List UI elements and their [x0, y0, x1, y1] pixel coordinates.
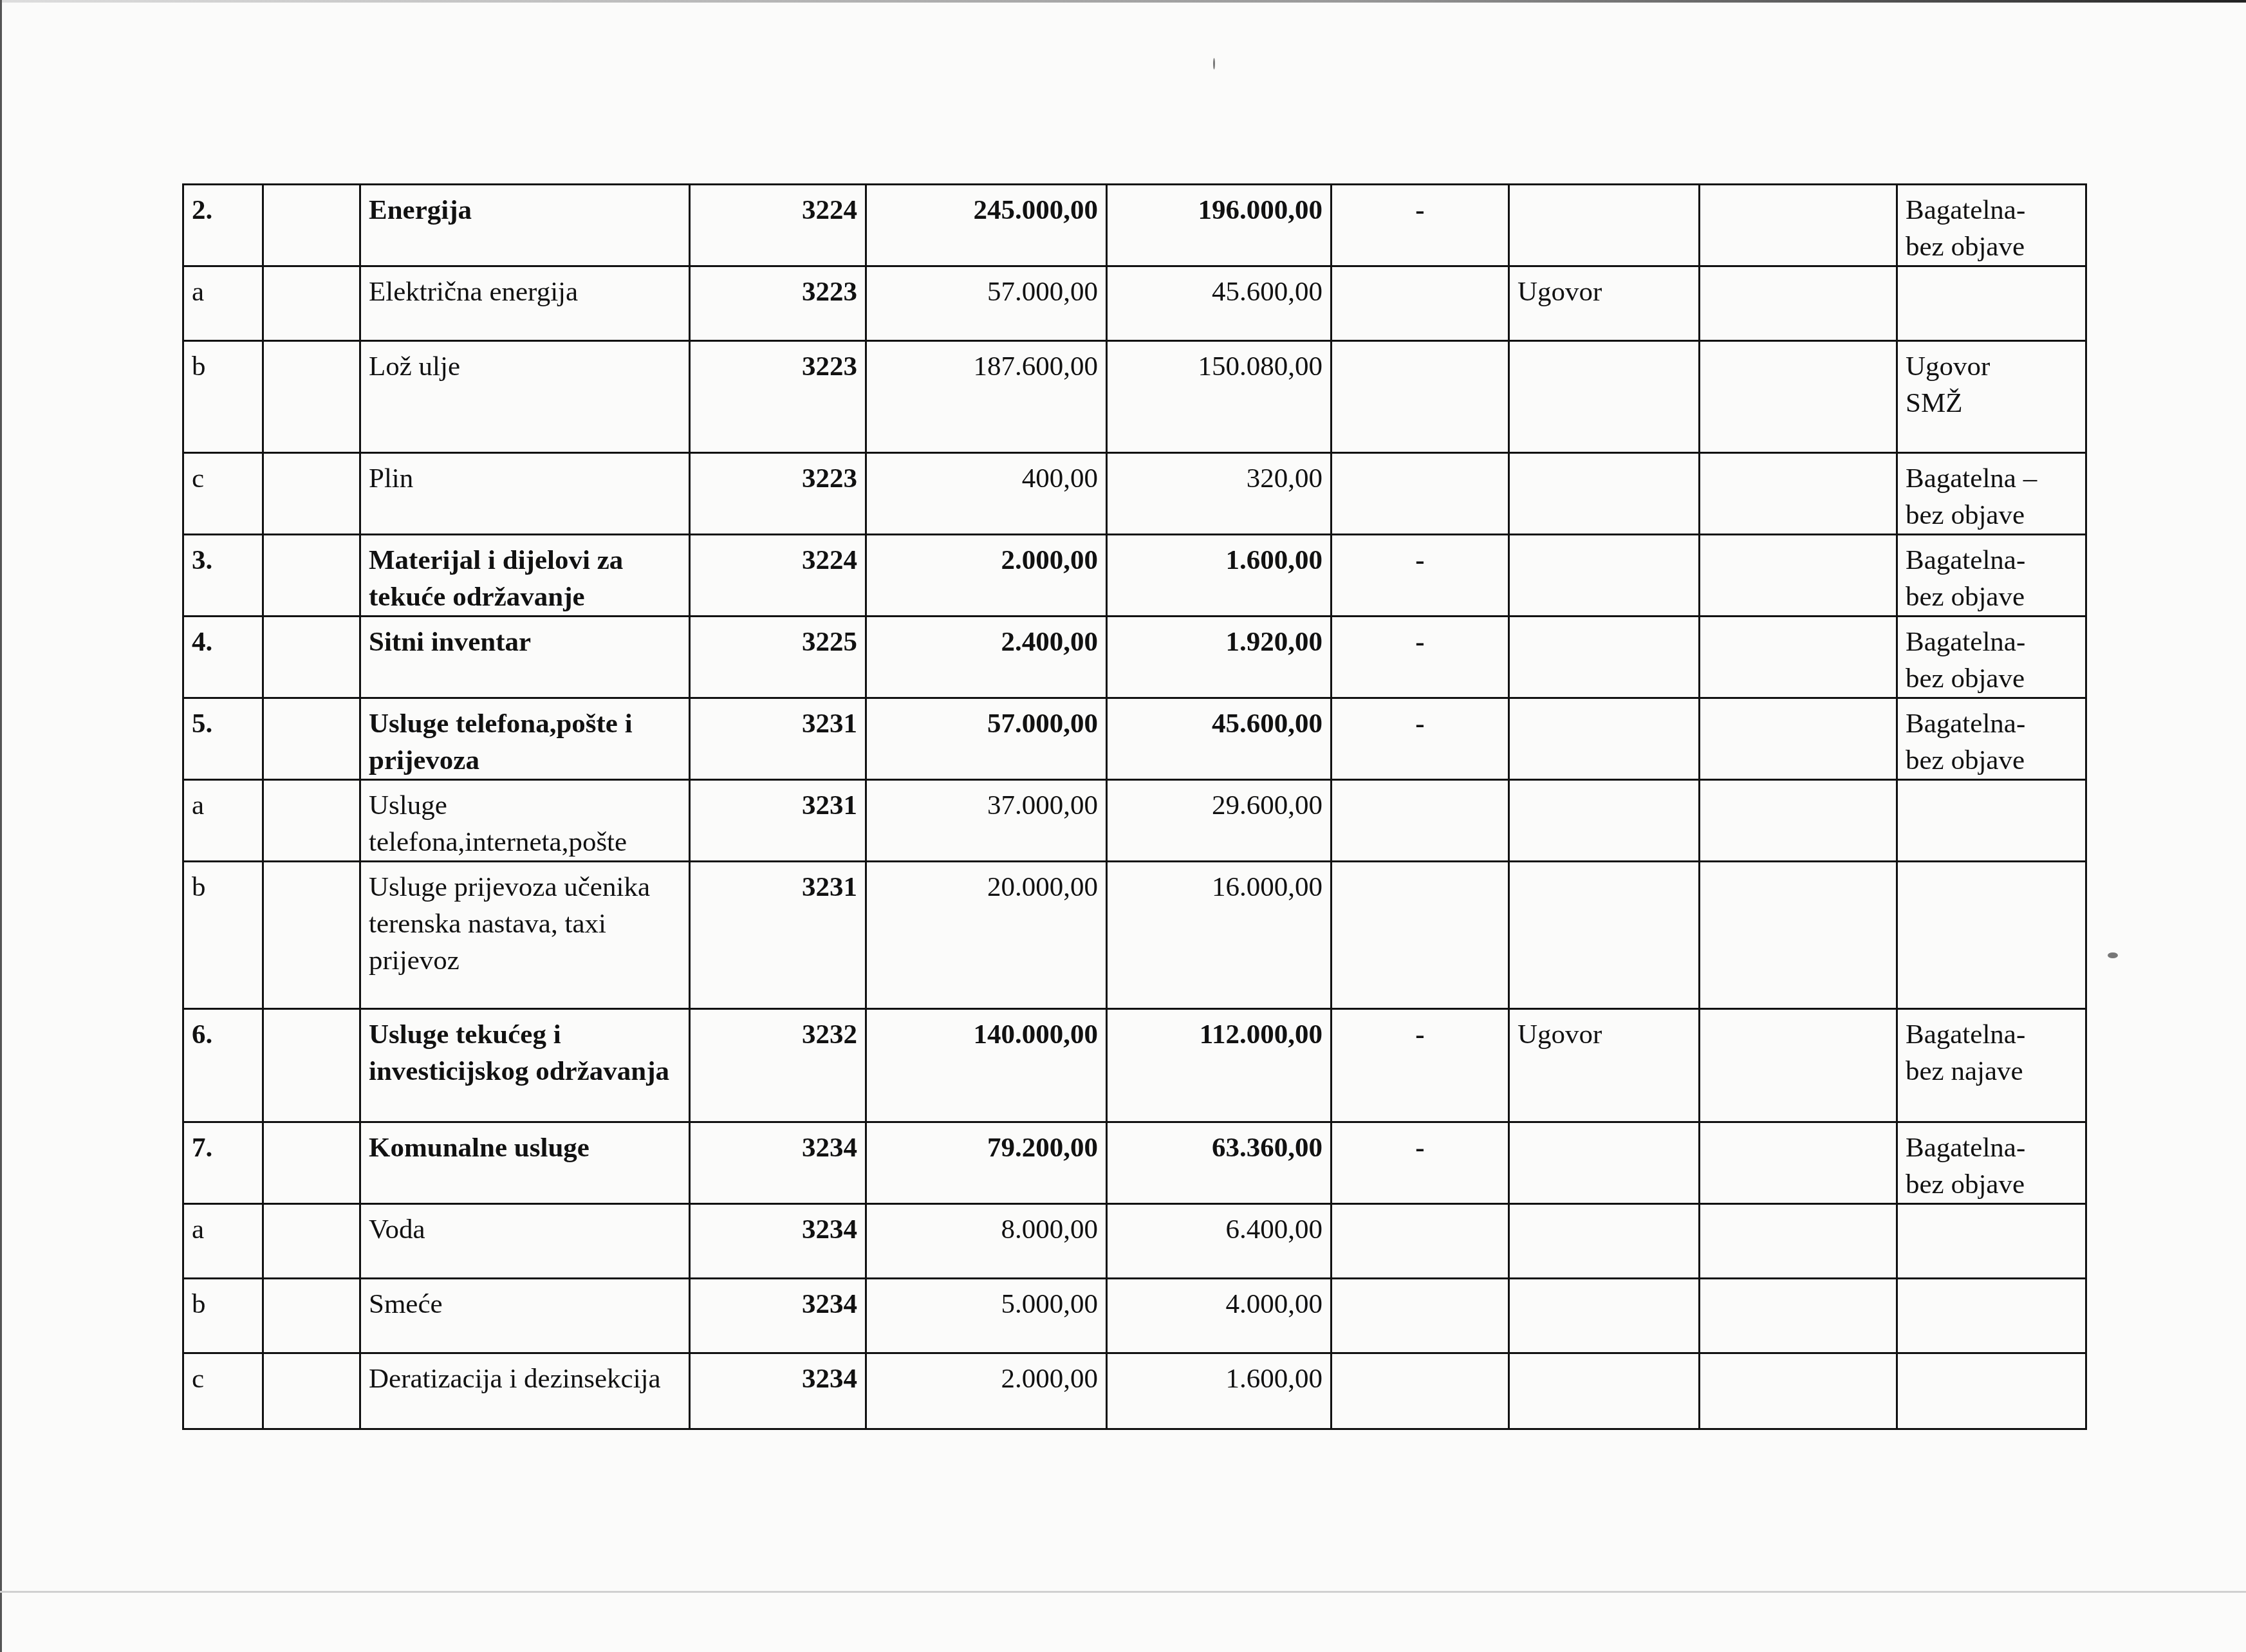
contract-type: Ugovor: [1509, 1009, 1700, 1122]
table-row: cPlin3223400,00320,00Bagatelna –bez obja…: [183, 453, 2086, 535]
planned-start: [1700, 1279, 1897, 1353]
row-number: a: [183, 780, 263, 862]
account-code: 3234: [690, 1204, 866, 1279]
scan-speck: [1213, 58, 1215, 70]
amount-without-vat: 1.600,00: [1107, 535, 1332, 617]
amount-without-vat: 63.360,00: [1107, 1122, 1332, 1204]
item-name: Električna energija: [360, 266, 690, 341]
amount-with-vat: 57.000,00: [866, 266, 1107, 341]
procedure-type: [1332, 1353, 1509, 1429]
procedure-type: [1332, 1279, 1509, 1353]
row-number: 5.: [183, 698, 263, 780]
row-number: 4.: [183, 617, 263, 698]
table-row: cDeratizacija i dezinsekcija32342.000,00…: [183, 1353, 2086, 1429]
item-name: Usluge tekućeg i investicijskog održavan…: [360, 1009, 690, 1122]
planned-start: [1700, 1009, 1897, 1122]
amount-without-vat: 6.400,00: [1107, 1204, 1332, 1279]
amount-without-vat: 196.000,00: [1107, 185, 1332, 266]
row-subcolumn: [263, 1204, 360, 1279]
account-code: 3224: [690, 535, 866, 617]
row-subcolumn: [263, 780, 360, 862]
table-row: 5.Usluge telefona,pošte i prijevoza32315…: [183, 698, 2086, 780]
row-number: a: [183, 266, 263, 341]
procurement-note: Bagatelna –bez objave: [1897, 453, 2086, 535]
procedure-type: [1332, 1204, 1509, 1279]
amount-with-vat: 37.000,00: [866, 780, 1107, 862]
row-subcolumn: [263, 1279, 360, 1353]
planned-start: [1700, 1353, 1897, 1429]
table-row: aUsluge telefona,interneta,pošte323137.0…: [183, 780, 2086, 862]
amount-with-vat: 245.000,00: [866, 185, 1107, 266]
item-name: Sitni inventar: [360, 617, 690, 698]
procedure-type: [1332, 453, 1509, 535]
contract-type: [1509, 1122, 1700, 1204]
contract-type: [1509, 617, 1700, 698]
contract-type: [1509, 341, 1700, 453]
row-subcolumn: [263, 266, 360, 341]
row-number: c: [183, 453, 263, 535]
amount-without-vat: 1.920,00: [1107, 617, 1332, 698]
contract-type: [1509, 185, 1700, 266]
amount-with-vat: 20.000,00: [866, 862, 1107, 1009]
item-name: Deratizacija i dezinsekcija: [360, 1353, 690, 1429]
item-name: Energija: [360, 185, 690, 266]
row-subcolumn: [263, 862, 360, 1009]
item-name: Voda: [360, 1204, 690, 1279]
table-row: aVoda32348.000,006.400,00: [183, 1204, 2086, 1279]
contract-type: [1509, 453, 1700, 535]
procedure-type: -: [1332, 698, 1509, 780]
contract-type: [1509, 698, 1700, 780]
scan-top-edge: [0, 0, 2246, 3]
contract-type: [1509, 1204, 1700, 1279]
contract-type: [1509, 780, 1700, 862]
amount-with-vat: 400,00: [866, 453, 1107, 535]
item-name: Lož ulje: [360, 341, 690, 453]
amount-with-vat: 5.000,00: [866, 1279, 1107, 1353]
amount-with-vat: 2.400,00: [866, 617, 1107, 698]
planned-start: [1700, 185, 1897, 266]
procurement-plan-table: 2.Energija3224245.000,00196.000,00-Bagat…: [182, 183, 2087, 1430]
procurement-note: [1897, 780, 2086, 862]
table-row: 3.Materijal i dijelovi za tekuće održava…: [183, 535, 2086, 617]
table-row: aElektrična energija322357.000,0045.600,…: [183, 266, 2086, 341]
item-name: Komunalne usluge: [360, 1122, 690, 1204]
procurement-note: [1897, 1353, 2086, 1429]
contract-type: [1509, 1353, 1700, 1429]
procurement-note: Bagatelna-bez objave: [1897, 698, 2086, 780]
contract-type: Ugovor: [1509, 266, 1700, 341]
scan-artifact-line: [0, 1591, 2246, 1593]
procurement-note: Bagatelna-bez objave: [1897, 535, 2086, 617]
row-number: 2.: [183, 185, 263, 266]
row-number: b: [183, 1279, 263, 1353]
procurement-note: Bagatelna-bez objave: [1897, 185, 2086, 266]
amount-with-vat: 140.000,00: [866, 1009, 1107, 1122]
item-name: Materijal i dijelovi za tekuće održavanj…: [360, 535, 690, 617]
amount-with-vat: 2.000,00: [866, 1353, 1107, 1429]
account-code: 3231: [690, 698, 866, 780]
planned-start: [1700, 780, 1897, 862]
contract-type: [1509, 535, 1700, 617]
amount-without-vat: 320,00: [1107, 453, 1332, 535]
procurement-note: Bagatelna-bez objave: [1897, 617, 2086, 698]
row-number: 7.: [183, 1122, 263, 1204]
amount-without-vat: 4.000,00: [1107, 1279, 1332, 1353]
procedure-type: -: [1332, 617, 1509, 698]
amount-with-vat: 187.600,00: [866, 341, 1107, 453]
scan-left-edge: [0, 0, 2, 1652]
item-name: Plin: [360, 453, 690, 535]
account-code: 3234: [690, 1353, 866, 1429]
amount-without-vat: 1.600,00: [1107, 1353, 1332, 1429]
procurement-note: UgovorSMŽ: [1897, 341, 2086, 453]
procedure-type: -: [1332, 535, 1509, 617]
planned-start: [1700, 453, 1897, 535]
row-subcolumn: [263, 617, 360, 698]
procurement-note: [1897, 862, 2086, 1009]
item-name: Smeće: [360, 1279, 690, 1353]
amount-with-vat: 8.000,00: [866, 1204, 1107, 1279]
account-code: 3231: [690, 780, 866, 862]
account-code: 3225: [690, 617, 866, 698]
account-code: 3224: [690, 185, 866, 266]
row-number: b: [183, 341, 263, 453]
amount-without-vat: 16.000,00: [1107, 862, 1332, 1009]
row-number: c: [183, 1353, 263, 1429]
amount-with-vat: 2.000,00: [866, 535, 1107, 617]
row-subcolumn: [263, 1009, 360, 1122]
table-row: 2.Energija3224245.000,00196.000,00-Bagat…: [183, 185, 2086, 266]
account-code: 3223: [690, 266, 866, 341]
procedure-type: -: [1332, 1009, 1509, 1122]
procedure-type: [1332, 780, 1509, 862]
row-subcolumn: [263, 1122, 360, 1204]
row-subcolumn: [263, 185, 360, 266]
table-row: bSmeće32345.000,004.000,00: [183, 1279, 2086, 1353]
amount-without-vat: 45.600,00: [1107, 698, 1332, 780]
scan-speck: [2108, 952, 2118, 958]
contract-type: [1509, 1279, 1700, 1353]
table-row: 6.Usluge tekućeg i investicijskog održav…: [183, 1009, 2086, 1122]
planned-start: [1700, 266, 1897, 341]
planned-start: [1700, 862, 1897, 1009]
row-number: 6.: [183, 1009, 263, 1122]
row-subcolumn: [263, 341, 360, 453]
planned-start: [1700, 617, 1897, 698]
amount-with-vat: 57.000,00: [866, 698, 1107, 780]
procurement-note: [1897, 1279, 2086, 1353]
amount-without-vat: 29.600,00: [1107, 780, 1332, 862]
procedure-type: -: [1332, 185, 1509, 266]
planned-start: [1700, 1122, 1897, 1204]
amount-without-vat: 112.000,00: [1107, 1009, 1332, 1122]
table-row: bLož ulje3223187.600,00150.080,00UgovorS…: [183, 341, 2086, 453]
row-subcolumn: [263, 453, 360, 535]
procurement-note: Bagatelna-bez objave: [1897, 1122, 2086, 1204]
procurement-note: [1897, 266, 2086, 341]
account-code: 3234: [690, 1122, 866, 1204]
procurement-note: Bagatelna-bez najave: [1897, 1009, 2086, 1122]
row-number: a: [183, 1204, 263, 1279]
planned-start: [1700, 1204, 1897, 1279]
item-name: Usluge telefona,pošte i prijevoza: [360, 698, 690, 780]
procedure-type: [1332, 266, 1509, 341]
planned-start: [1700, 698, 1897, 780]
account-code: 3231: [690, 862, 866, 1009]
amount-without-vat: 150.080,00: [1107, 341, 1332, 453]
table-row: 7.Komunalne usluge323479.200,0063.360,00…: [183, 1122, 2086, 1204]
row-subcolumn: [263, 698, 360, 780]
row-number: b: [183, 862, 263, 1009]
item-name: Usluge telefona,interneta,pošte: [360, 780, 690, 862]
contract-type: [1509, 862, 1700, 1009]
row-subcolumn: [263, 1353, 360, 1429]
row-number: 3.: [183, 535, 263, 617]
account-code: 3234: [690, 1279, 866, 1353]
procedure-type: [1332, 341, 1509, 453]
item-name: Usluge prijevoza učenika terenska nastav…: [360, 862, 690, 1009]
planned-start: [1700, 341, 1897, 453]
procedure-type: [1332, 862, 1509, 1009]
amount-with-vat: 79.200,00: [866, 1122, 1107, 1204]
account-code: 3223: [690, 453, 866, 535]
row-subcolumn: [263, 535, 360, 617]
account-code: 3232: [690, 1009, 866, 1122]
planned-start: [1700, 535, 1897, 617]
amount-without-vat: 45.600,00: [1107, 266, 1332, 341]
table-row: bUsluge prijevoza učenika terenska nasta…: [183, 862, 2086, 1009]
account-code: 3223: [690, 341, 866, 453]
procedure-type: -: [1332, 1122, 1509, 1204]
table-row: 4.Sitni inventar32252.400,001.920,00-Bag…: [183, 617, 2086, 698]
procurement-note: [1897, 1204, 2086, 1279]
